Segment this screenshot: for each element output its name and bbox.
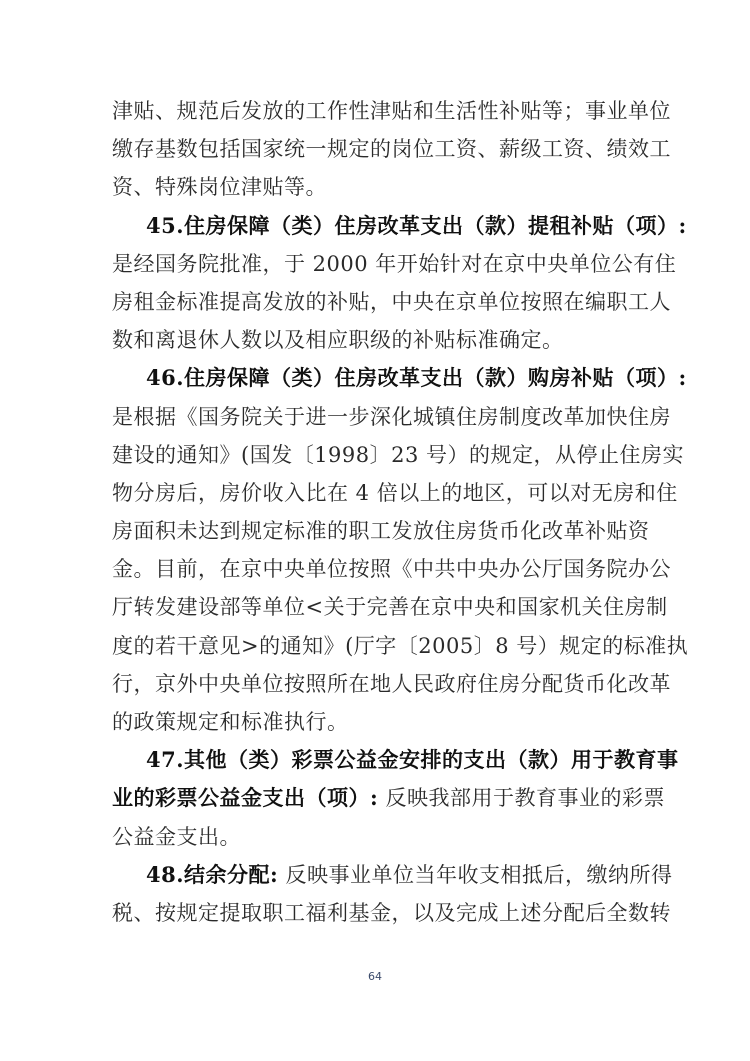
- text-line: 是根据《国务院关于进一步深化城镇住房制度改革加快住房: [112, 398, 636, 436]
- heading-text: 47.其他（类）彩票公益金安排的支出（款）用于教育事: [146, 747, 679, 772]
- document-body: 津贴、规范后发放的工作性津贴和生活性补贴等；事业单位 缴存基数包括国家统一规定的…: [112, 92, 636, 932]
- text-line: 房租金标准提高发放的补贴，中央在京单位按照在编职工人: [112, 283, 636, 321]
- line-text: 数和离退休人数以及相应职级的补贴标准确定。: [112, 328, 564, 352]
- text-line: 税、按规定提取职工福利基金，以及完成上述分配后全数转: [112, 894, 636, 932]
- line-text: 行，京外中央单位按照所在地人民政府住房分配货币化改革: [112, 672, 671, 696]
- text-line: 公益金支出。: [112, 818, 636, 856]
- line-text: 公益金支出。: [112, 825, 241, 849]
- text-line: 是经国务院批准，于 2000 年开始针对在京中央单位公有住: [112, 245, 636, 283]
- line-text: 缴存基数包括国家统一规定的岗位工资、薪级工资、绩效工: [112, 137, 671, 161]
- line-text: 房面积未达到规定标准的职工发放住房货币化改革补贴资: [112, 519, 650, 543]
- line-text: 房租金标准提高发放的补贴，中央在京单位按照在编职工人: [112, 290, 671, 314]
- text-line: 建设的通知》(国发〔1998〕23 号）的规定，从停止住房实: [112, 436, 636, 474]
- section-heading-48: 48.结余分配: 反映事业单位当年收支相抵后，缴纳所得: [112, 856, 636, 894]
- line-text: 是根据《国务院关于进一步深化城镇住房制度改革加快住房: [112, 405, 671, 429]
- line-text: 反映事业单位当年收支相抵后，缴纳所得: [278, 863, 672, 887]
- line-text: 物分房后，房价收入比在 4 倍以上的地区，可以对无房和住: [112, 481, 678, 505]
- line-text: 资、特殊岗位津贴等。: [112, 175, 327, 199]
- text-line: 度的若干意见>的通知》(厅字〔2005〕8 号）规定的标准执: [112, 627, 636, 665]
- heading-text: 48.结余分配:: [146, 862, 278, 887]
- line-text: 度的若干意见>的通知》(厅字〔2005〕8 号）规定的标准执: [112, 634, 688, 658]
- heading-text: 45.住房保障（类）住房改革支出（款）提租补贴（项）:: [146, 213, 687, 238]
- text-line: 的政策规定和标准执行。: [112, 703, 636, 741]
- line-text: 厅转发建设部等单位<关于完善在京中央和国家机关住房制: [112, 595, 668, 619]
- text-line: 数和离退休人数以及相应职级的补贴标准确定。: [112, 321, 636, 359]
- text-line: 房面积未达到规定标准的职工发放住房货币化改革补贴资: [112, 512, 636, 550]
- heading-text: 46.住房保障（类）住房改革支出（款）购房补贴（项）:: [146, 365, 687, 390]
- page-number: 64: [0, 970, 750, 983]
- section-heading-45: 45.住房保障（类）住房改革支出（款）提租补贴（项）:: [112, 207, 636, 245]
- text-line: 厅转发建设部等单位<关于完善在京中央和国家机关住房制: [112, 588, 636, 626]
- text-line: 行，京外中央单位按照所在地人民政府住房分配货币化改革: [112, 665, 636, 703]
- line-text: 金。目前，在京中央单位按照《中共中央办公厅国务院办公: [112, 557, 671, 581]
- line-text: 是经国务院批准，于 2000 年开始针对在京中央单位公有住: [112, 252, 676, 276]
- text-line: 金。目前，在京中央单位按照《中共中央办公厅国务院办公: [112, 550, 636, 588]
- text-line: 物分房后，房价收入比在 4 倍以上的地区，可以对无房和住: [112, 474, 636, 512]
- heading-text: 业的彩票公益金支出（项）:: [112, 785, 378, 810]
- text-line: 业的彩票公益金支出（项）: 反映我部用于教育事业的彩票: [112, 779, 636, 817]
- text-line: 津贴、规范后发放的工作性津贴和生活性补贴等；事业单位: [112, 92, 636, 130]
- text-line: 缴存基数包括国家统一规定的岗位工资、薪级工资、绩效工: [112, 130, 636, 168]
- line-text: 税、按规定提取职工福利基金，以及完成上述分配后全数转: [112, 901, 671, 925]
- line-text: 津贴、规范后发放的工作性津贴和生活性补贴等；事业单位: [112, 99, 671, 123]
- section-heading-46: 46.住房保障（类）住房改革支出（款）购房补贴（项）:: [112, 359, 636, 397]
- line-text: 反映我部用于教育事业的彩票: [378, 786, 665, 810]
- line-text: 的政策规定和标准执行。: [112, 710, 349, 734]
- line-text: 建设的通知》(国发〔1998〕23 号）的规定，从停止住房实: [112, 443, 684, 467]
- section-heading-47: 47.其他（类）彩票公益金安排的支出（款）用于教育事: [112, 741, 636, 779]
- text-line: 资、特殊岗位津贴等。: [112, 168, 636, 206]
